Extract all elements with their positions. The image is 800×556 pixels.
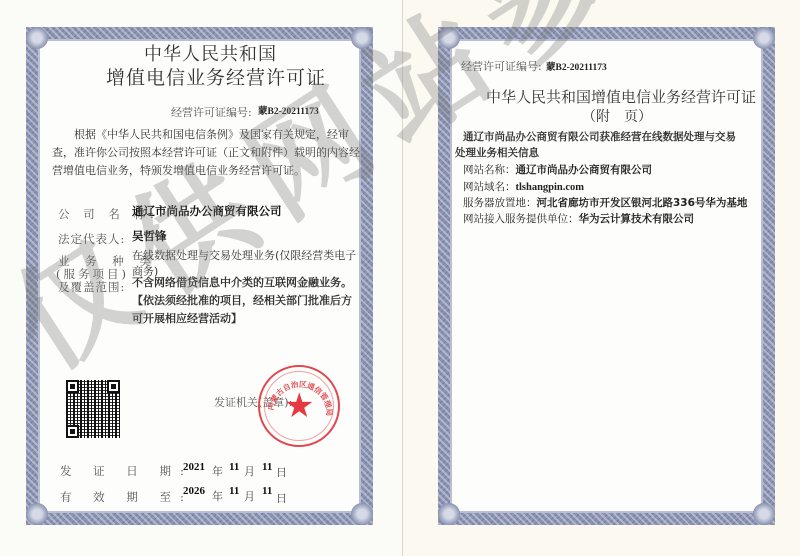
corner-ornament-icon [26,27,48,49]
legal-rep-value: 吴哲锋 [132,228,167,244]
expiry-day: 11 [262,485,272,497]
info-label: 网站接入服务提供单位： [463,213,579,225]
info-row-server-location: 服务器放置地：河北省廊坊市开发区银河北路336号华为基地 [463,195,747,210]
day-unit: 日 [276,490,287,506]
seal-text: 内蒙古自治区通信管理局 [260,367,338,445]
appendix-subtitle: （附 页） [582,106,652,126]
info-row-website-name: 网站名称：通辽市尚品办公商贸有限公司 [463,162,652,177]
corner-ornament-icon [351,27,373,49]
approval-text: 通辽市尚品办公商贸有限公司获准经营在线数据处理与交易处理业务相关信息 [455,129,745,161]
info-row-access-provider: 网站接入服务提供单位：华为云计算技术有限公司 [463,211,694,226]
info-label: 网站域名： [463,181,516,193]
license-no: 蒙B2-20211173 [546,59,607,73]
issue-date-label: 发 证 日 期: [60,463,193,479]
corner-ornament-icon [438,503,460,525]
info-label: 网站名称： [463,164,516,176]
year-unit: 年 [212,488,223,504]
day-unit: 日 [276,464,287,480]
expiry-date-label: 有 效 期 至: [60,489,193,505]
info-label: 服务器放置地： [463,197,537,209]
month-unit: 月 [244,463,255,479]
info-value: 河北省廊坊市开发区银河北路336号华为基地 [537,197,748,209]
corner-ornament-icon [753,503,775,525]
appendix-title: 中华人民共和国增值电信业务经营许可证 [486,86,756,107]
info-value: tlshangpin.com [516,182,585,193]
year-unit: 年 [212,463,223,479]
official-seal: ★ 内蒙古自治区通信管理局 [258,365,340,447]
license-main-page: 中华人民共和国 增值电信业务经营许可证 经营许可证编号: 蒙B2-2021117… [0,0,400,556]
info-row-domain: 网站域名：tlshangpin.com [463,179,584,194]
corner-ornament-icon [753,27,775,49]
company-value: 通辽市尚品办公商贸有限公司 [132,203,282,219]
corner-ornament-icon [351,503,373,525]
issue-month: 11 [229,461,239,473]
issue-day: 11 [262,461,272,473]
svg-text:内蒙古自治区通信管理局: 内蒙古自治区通信管理局 [265,379,334,417]
license-no: 蒙B2-20211173 [258,103,319,117]
expiry-month: 11 [229,485,239,497]
business-type-label-3: 及覆盖范围: [58,279,125,295]
issue-year: 2021 [183,461,205,473]
month-unit: 月 [244,488,255,504]
license-no-label: 经营许可证编号: [461,58,542,74]
title-line-2: 增值电信业务经营许可证 [106,63,326,90]
coverage-value: 不含网络借贷信息中介类的互联网金融业务。【依法须经批准的项目，经相关部门批准后方… [132,274,358,328]
corner-ornament-icon [438,27,460,49]
corner-ornament-icon [26,503,48,525]
intro-text: 根据《中华人民共和国电信条例》及国家有关规定，经审查，准许你公司按照本经营许可证… [52,126,364,180]
license-appendix-page: 经营许可证编号: 蒙B2-20211173 中华人民共和国增值电信业务经营许可证… [402,0,800,556]
qr-code [66,380,120,438]
legal-rep-label: 法定代表人: [58,231,125,247]
info-value: 华为云计算技术有限公司 [579,213,695,225]
info-value: 通辽市尚品办公商贸有限公司 [516,164,653,176]
expiry-year: 2026 [183,485,205,497]
license-no-label: 经营许可证编号: [171,104,252,120]
